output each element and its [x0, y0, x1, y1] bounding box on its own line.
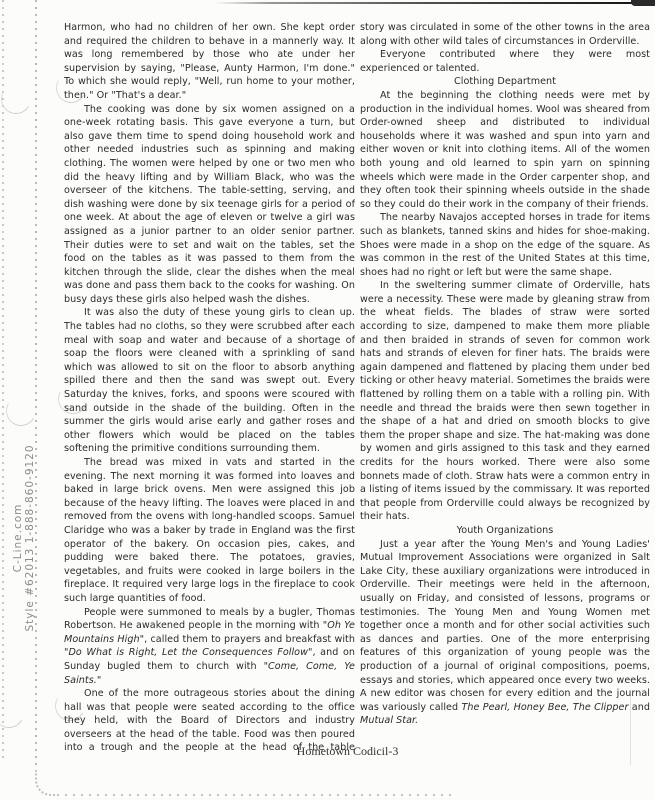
- text-run: Youth Organizations: [457, 525, 554, 536]
- binder-brand: C-Line.com: [12, 444, 24, 631]
- hole-punch-ring: [0, 695, 27, 732]
- text-run: Clothing Department: [454, 76, 556, 87]
- paragraph: At the beginning the clothing needs were…: [360, 89, 650, 211]
- paragraph: Harmon, who had no children of her own. …: [64, 21, 355, 103]
- binder-stitch-corner: [35, 770, 59, 796]
- paragraph: In the sweltering summer climate of Orde…: [360, 279, 650, 524]
- text-run: At the beginning the clothing needs were…: [360, 90, 650, 210]
- scanned-page: C-Line.com Style #62013 1-888-860-9120 H…: [0, 0, 655, 800]
- binder-outer-edge: [2, 0, 4, 762]
- text-run: "Do What is Right, Let the Consequences …: [64, 647, 312, 658]
- binder-brand-text: C-Line.com Style #62013 1-888-860-9120: [12, 444, 36, 631]
- paragraph: People were summoned to meals by a bugle…: [64, 606, 355, 688]
- paragraph: It was also the duty of these young girl…: [64, 306, 355, 456]
- page-footer: Hometown Codicil-3: [40, 744, 655, 759]
- binder-style-number: Style #62013 1-888-860-9120: [24, 444, 36, 631]
- paragraph: The bread was mixed in vats and started …: [64, 456, 355, 606]
- section-heading: Clothing Department: [360, 75, 650, 89]
- paragraph: The cooking was done by six women assign…: [64, 103, 355, 307]
- text-run: People were summoned to meals by a bugle…: [64, 607, 355, 632]
- scan-edge-artifact-top: [215, 2, 655, 4]
- text-run: , called them to prayers and breakfast w…: [144, 634, 355, 645]
- paragraph: Just a year after the Young Men's and Yo…: [360, 538, 650, 728]
- hole-punch-ring: [0, 81, 34, 118]
- text-column-right: story was circulated in some of the othe…: [360, 21, 650, 753]
- binder-stitch-edge: [35, 0, 37, 768]
- hole-punch-ring: [3, 393, 40, 430]
- text-run: The Pearl, Honey Bee, The Clipper: [461, 702, 628, 713]
- text-run: Mutual Star.: [360, 715, 418, 726]
- paragraph: Everyone contributed where they were mos…: [360, 48, 650, 75]
- text-run: Harmon, who had no children of her own. …: [64, 22, 355, 101]
- text-run: Just a year after the Young Men's and Yo…: [360, 539, 650, 713]
- paragraph: story was circulated in some of the othe…: [360, 21, 650, 48]
- text-run: Everyone contributed where they were mos…: [360, 49, 650, 74]
- text-run: and: [629, 702, 651, 713]
- text-column-left: Harmon, who had no children of her own. …: [64, 21, 355, 753]
- text-run: The cooking was done by six women assign…: [64, 104, 355, 305]
- text-run: The bread was mixed in vats and started …: [64, 457, 355, 604]
- paragraph: The nearby Navajos accepted horses in tr…: [360, 211, 650, 279]
- section-heading: Youth Organizations: [360, 524, 650, 538]
- text-run: The nearby Navajos accepted horses in tr…: [360, 212, 650, 277]
- text-run: In the sweltering summer climate of Orde…: [360, 280, 650, 522]
- text-run: story was circulated in some of the othe…: [360, 22, 650, 47]
- scan-edge-artifact-corner: [631, 0, 655, 6]
- text-run: It was also the duty of these young girl…: [64, 307, 355, 454]
- binder-stitch-bottom-edge: [57, 794, 457, 796]
